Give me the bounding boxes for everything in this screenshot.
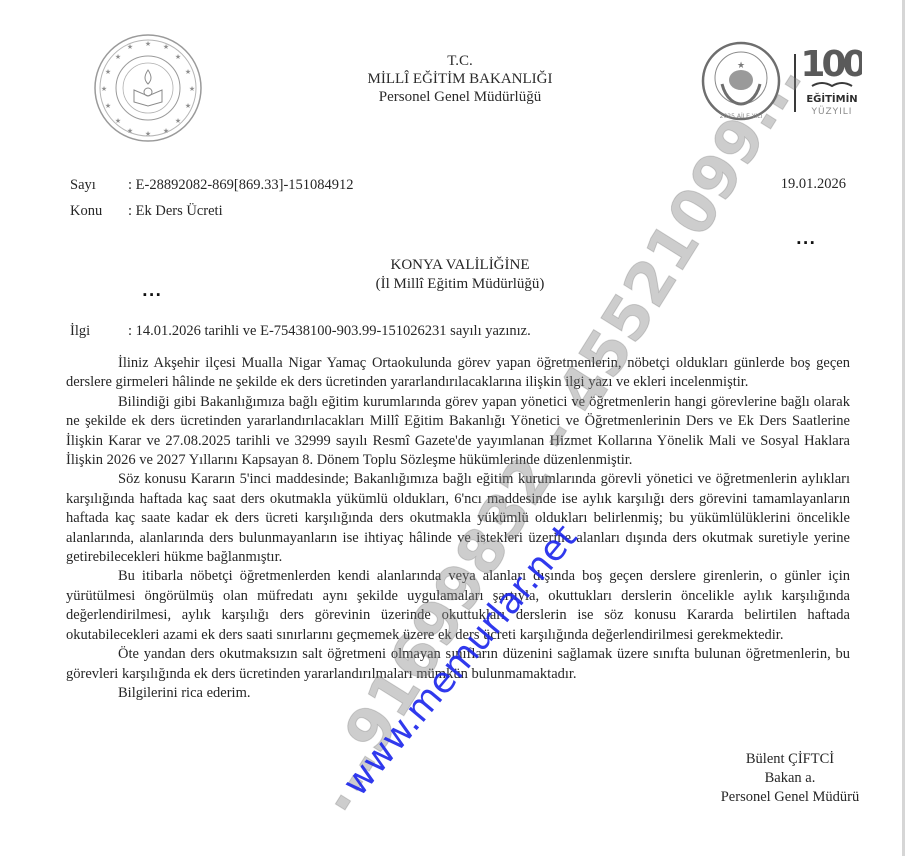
svg-text:★: ★ xyxy=(185,102,191,110)
body-paragraph: Bilindiği gibi Bakanlığımıza bağlı eğiti… xyxy=(66,393,850,471)
signatory-title-2: Personel Genel Müdürü xyxy=(690,788,890,807)
svg-text:★: ★ xyxy=(105,102,111,110)
letterhead-line-tc: T.C. xyxy=(300,52,620,70)
signature-block: Bülent ÇİFTCİ Bakan a. Personel Genel Mü… xyxy=(690,750,890,807)
svg-text:★: ★ xyxy=(163,127,169,135)
ilgi-label: İlgi xyxy=(70,322,128,340)
svg-text:★: ★ xyxy=(163,43,169,51)
aile-yili-logo-icon: ★ 2025 AİLE YILI xyxy=(700,40,782,122)
svg-text:2025 AİLE YILI: 2025 AİLE YILI xyxy=(720,113,763,120)
ministry-seal-icon: ★★ ★★ ★★ ★★ ★★ ★★ ★★ ★★ xyxy=(92,32,204,144)
signatory-title-1: Bakan a. xyxy=(690,769,890,788)
addressee-line-1: KONYA VALİLİĞİNE xyxy=(300,256,620,275)
letterhead: ★★ ★★ ★★ ★★ ★★ ★★ ★★ ★★ T.C. MİLLÎ EĞİTİ… xyxy=(0,0,902,140)
svg-text:★: ★ xyxy=(189,85,195,93)
body-paragraph: Söz konusu Kararın 5'inci maddesinde; Ba… xyxy=(66,470,850,567)
svg-text:★: ★ xyxy=(101,85,107,93)
body-paragraph: Bu itibarla nöbetçi öğretmenlerden kendi… xyxy=(66,567,850,645)
letterhead-line-directorate: Personel Genel Müdürlüğü xyxy=(300,88,620,106)
svg-text:★: ★ xyxy=(175,53,181,61)
svg-text:★: ★ xyxy=(127,127,133,135)
signatory-name: Bülent ÇİFTCİ xyxy=(690,750,890,769)
svg-text:YÜZYILI: YÜZYILI xyxy=(811,106,853,117)
letter-body: İliniz Akşehir ilçesi Mualla Nigar Yamaç… xyxy=(66,354,850,703)
reference-ilgi: İlgi : 14.01.2026 tarihli ve E-75438100-… xyxy=(70,322,531,340)
konu-label: Konu xyxy=(70,202,128,220)
svg-text:★: ★ xyxy=(115,117,121,125)
official-letter-page: ★★ ★★ ★★ ★★ ★★ ★★ ★★ ★★ T.C. MİLLÎ EĞİTİ… xyxy=(0,0,905,856)
letterhead-title: T.C. MİLLÎ EĞİTİM BAKANLIĞI Personel Gen… xyxy=(300,52,620,106)
svg-text:★: ★ xyxy=(145,40,151,48)
body-paragraph: Bilgilerini rica ederim. xyxy=(66,684,850,703)
body-paragraph: Öte yandan ders okutmaksızın salt öğretm… xyxy=(66,645,850,684)
letterhead-line-ministry: MİLLÎ EĞİTİM BAKANLIĞI xyxy=(300,70,620,88)
svg-text:100: 100 xyxy=(802,44,862,85)
sayi-value: : E-28892082-869[869.33]-151084912 xyxy=(128,176,354,194)
svg-text:★: ★ xyxy=(127,43,133,51)
svg-text:★: ★ xyxy=(175,117,181,125)
ilgi-value: : 14.01.2026 tarihli ve E-75438100-903.9… xyxy=(128,322,531,340)
svg-text:★: ★ xyxy=(105,68,111,76)
redaction-mark: ... xyxy=(142,282,162,300)
svg-text:★: ★ xyxy=(115,53,121,61)
svg-text:★: ★ xyxy=(145,130,151,138)
addressee: KONYA VALİLİĞİNE (İl Millî Eğitim Müdürl… xyxy=(300,256,620,294)
svg-text:★: ★ xyxy=(737,61,745,71)
svg-text:EĞİTİMİN: EĞİTİMİN xyxy=(806,91,857,105)
addressee-line-2: (İl Millî Eğitim Müdürlüğü) xyxy=(300,275,620,294)
meta-konu: Konu : Ek Ders Ücreti xyxy=(70,202,223,220)
konu-value: : Ek Ders Ücreti xyxy=(128,202,223,220)
redaction-mark: ... xyxy=(796,230,816,248)
letter-date: 19.01.2026 xyxy=(781,176,846,193)
meta-sayi: Sayı : E-28892082-869[869.33]-151084912 xyxy=(70,176,354,194)
logo-divider xyxy=(794,54,796,112)
body-paragraph: İliniz Akşehir ilçesi Mualla Nigar Yamaç… xyxy=(66,354,850,393)
svg-text:★: ★ xyxy=(185,68,191,76)
egitimin-yuzyili-logo-icon: 100 EĞİTİMİN YÜZYILI xyxy=(802,36,862,126)
sayi-label: Sayı xyxy=(70,176,128,194)
